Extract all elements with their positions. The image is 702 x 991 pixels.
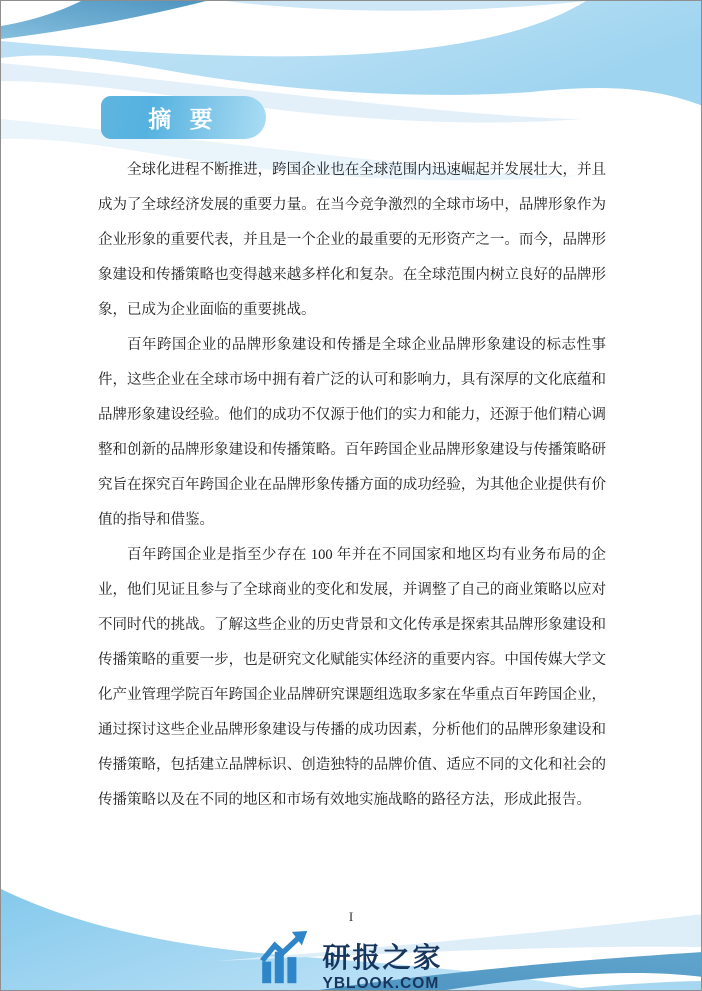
document-page: 摘 要 全球化进程不断推进，跨国企业也在全球范围内迅速崛起并发展壮大，并且成为了… xyxy=(0,0,702,991)
abstract-paragraph-3: 百年跨国企业是指至少存在 100 年并在不同国家和地区均有业务布局的企业，他们见… xyxy=(98,538,606,818)
bar-chart-arrow-icon xyxy=(259,930,313,991)
watermark-brand-domain: YBLOOK.COM xyxy=(322,976,442,991)
abstract-badge-label: 摘 要 xyxy=(148,101,218,134)
page-number: I xyxy=(1,909,701,925)
watermark-logo-text: 研报之家 YBLOOK.COM xyxy=(322,944,442,991)
abstract-paragraph-1: 全球化进程不断推进，跨国企业也在全球范围内迅速崛起并发展壮大，并且成为了全球经济… xyxy=(98,153,606,328)
abstract-paragraph-2: 百年跨国企业的品牌形象建设和传播是全球企业品牌形象建设的标志性事件，这些企业在全… xyxy=(98,328,606,538)
abstract-body: 全球化进程不断推进，跨国企业也在全球范围内迅速崛起并发展壮大，并且成为了全球经济… xyxy=(98,153,606,818)
watermark-logo: 研报之家 YBLOOK.COM xyxy=(259,930,442,991)
abstract-section-badge: 摘 要 xyxy=(101,96,266,139)
watermark-brand-name: 研报之家 xyxy=(322,944,442,972)
